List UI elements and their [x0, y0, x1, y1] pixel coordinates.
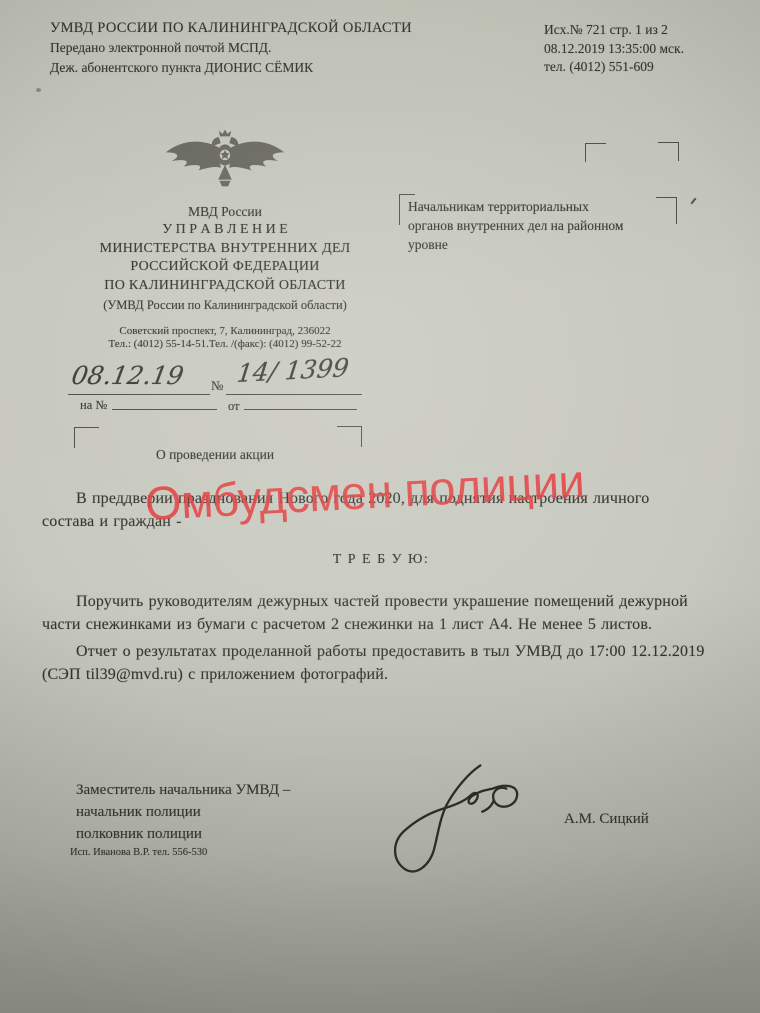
signatory-name: А.М. Сицкий [564, 811, 649, 828]
addressee-line: уровне [408, 235, 676, 254]
outgoing-phone-line: тел. (4012) 551-609 [544, 58, 684, 77]
order-line: части снежинками из бумаги с расчетом 2 … [42, 614, 722, 637]
photo-artifact-dot [36, 88, 41, 92]
reply-from-label: от [228, 399, 240, 414]
reply-to-number-underline [112, 409, 217, 410]
org-upravlenie: У П Р А В Л Е Н И Е [45, 222, 405, 238]
org-name-caps: УМВД РОССИИ ПО КАЛИНИНГРАДСКОЙ ОБЛАСТИ [50, 19, 412, 37]
org-region-line: ПО КАЛИНИНГРАДСКОЙ ОБЛАСТИ [45, 278, 405, 294]
outgoing-number-line: Исх.№ 721 стр. 1 из 2 [544, 21, 684, 40]
org-phones: Тел.: (4012) 55-14-51.Тел. /(факс): (401… [45, 338, 405, 350]
subject-line: О проведении акции [80, 447, 350, 463]
handwritten-date: 08.12.19 [69, 361, 185, 390]
order-line: Поручить руководителям дежурных частей п… [42, 591, 722, 614]
position-line: Заместитель начальника УМВД – [76, 779, 290, 801]
report-line: Отчет о результатах проделанной работы п… [42, 641, 722, 664]
org-address: Советский проспект, 7, Калининград, 2360… [45, 325, 405, 337]
number-sign-label: № [211, 378, 223, 394]
mvd-double-headed-eagle-icon [158, 129, 292, 203]
executor-line: Исп. Иванова В.Р. тел. 556-530 [70, 847, 207, 858]
corner-mark-top-right [658, 142, 679, 161]
subject-corner-mark-left [74, 427, 99, 448]
demand-heading: Т Р Е Б У Ю: [42, 552, 720, 568]
org-small-name: МВД России [45, 204, 405, 220]
corner-mark-top-left [585, 143, 606, 162]
reply-from-underline [244, 409, 357, 410]
report-line: (СЭП til39@mvd.ru) с приложением фотогра… [42, 664, 722, 687]
reply-to-number-label: на № [80, 398, 107, 413]
position-line: полковник полиции [76, 823, 290, 845]
handwritten-signature [387, 750, 537, 885]
order-paragraphs: Поручить руководителям дежурных частей п… [42, 591, 722, 686]
duty-station-line: Деж. абонентского пункта ДИОНИС СЁМИК [50, 59, 412, 77]
addressee-block: Начальникам территориальных органов внут… [408, 197, 676, 254]
document-photo: УМВД РОССИИ ПО КАЛИНИНГРАДСКОЙ ОБЛАСТИ П… [0, 0, 760, 1013]
number-underline [226, 394, 362, 395]
addressee-line: Начальникам территориальных [408, 197, 676, 216]
handwritten-outgoing-number: 14/ 1399 [235, 353, 350, 388]
signatory-position-block: Заместитель начальника УМВД – начальник … [76, 779, 290, 845]
position-line: начальник полиции [76, 801, 290, 823]
transmission-header: УМВД РОССИИ ПО КАЛИНИНГРАДСКОЙ ОБЛАСТИ П… [50, 19, 412, 77]
outgoing-stamp: Исх.№ 721 стр. 1 из 2 08.12.2019 13:35:0… [544, 21, 684, 77]
org-abbreviation: (УМВД России по Калининградской области) [45, 298, 405, 313]
outgoing-datetime-line: 08.12.2019 13:35:00 мск. [544, 40, 684, 59]
stray-pen-mark [690, 198, 696, 205]
org-federation-line: РОССИЙСКОЙ ФЕДЕРАЦИИ [45, 259, 405, 275]
transmission-method-line: Передано электронной почтой МСПД. [50, 39, 412, 57]
date-underline [68, 394, 210, 395]
addressee-line: органов внутренних дел на районном [408, 216, 676, 235]
subject-corner-mark-right [337, 426, 362, 447]
letterhead: МВД России У П Р А В Л Е Н И Е МИНИСТЕРС… [45, 204, 405, 350]
org-ministry-line: МИНИСТЕРСТВА ВНУТРЕННИХ ДЕЛ [45, 241, 405, 257]
